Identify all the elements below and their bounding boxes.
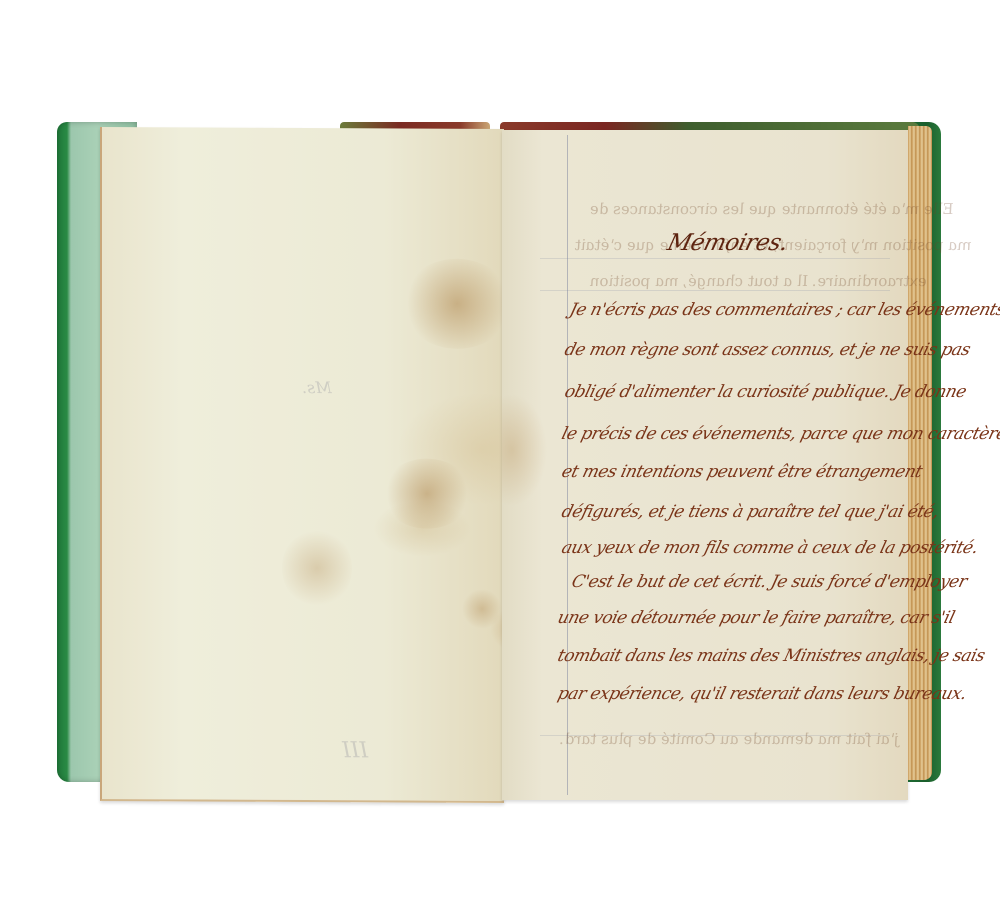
manuscript-line: par expérience, qu'il resterait dans leu… bbox=[556, 684, 969, 704]
open-manuscript-book: Ms. III Elle m'a été étonnante que les c… bbox=[0, 0, 1000, 900]
ruled-line bbox=[540, 258, 890, 259]
bleed-mark: III bbox=[342, 738, 368, 763]
page-edges bbox=[908, 126, 932, 780]
manuscript-line: C'est le but de cet écrit. Je suis forcé… bbox=[570, 572, 969, 592]
manuscript-line: obligé d'alimenter la curiosité publique… bbox=[563, 382, 969, 402]
manuscript-line: de mon règne sont assez connus, et je ne… bbox=[563, 340, 973, 360]
ruled-line bbox=[540, 290, 890, 291]
manuscript-title: Mémoires. bbox=[665, 230, 791, 256]
manuscript-line: et mes intentions peuvent être étrangeme… bbox=[560, 462, 925, 482]
manuscript-line: aux yeux de mon fils comme à ceux de la … bbox=[560, 538, 980, 558]
foxing-stain bbox=[282, 528, 352, 608]
bleed-mark: Ms. bbox=[302, 378, 332, 397]
manuscript-line: le précis de ces événements, parce que m… bbox=[560, 424, 1000, 444]
foxing-stain bbox=[462, 589, 502, 629]
bleed-through-line: j'ai fait ma demande au Comité de plus t… bbox=[558, 730, 901, 748]
bleed-through-line: extraordinaire. Il a tout changé, ma pos… bbox=[588, 272, 930, 290]
bleed-through-line: Elle m'a été étonnante que les circonsta… bbox=[588, 200, 956, 218]
manuscript-line: une voie détournée pour le faire paraîtr… bbox=[556, 608, 957, 628]
manuscript-line: défigurés, et je tiens à paraître tel qu… bbox=[560, 502, 941, 522]
manuscript-line: tombait dans les mains des Ministres ang… bbox=[556, 646, 987, 666]
foxing-stain bbox=[382, 458, 472, 528]
foxing-stain bbox=[402, 259, 512, 350]
left-page-blank: Ms. III bbox=[100, 127, 504, 803]
manuscript-line: Je n'écris pas des commentaires ; car le… bbox=[568, 300, 1000, 320]
